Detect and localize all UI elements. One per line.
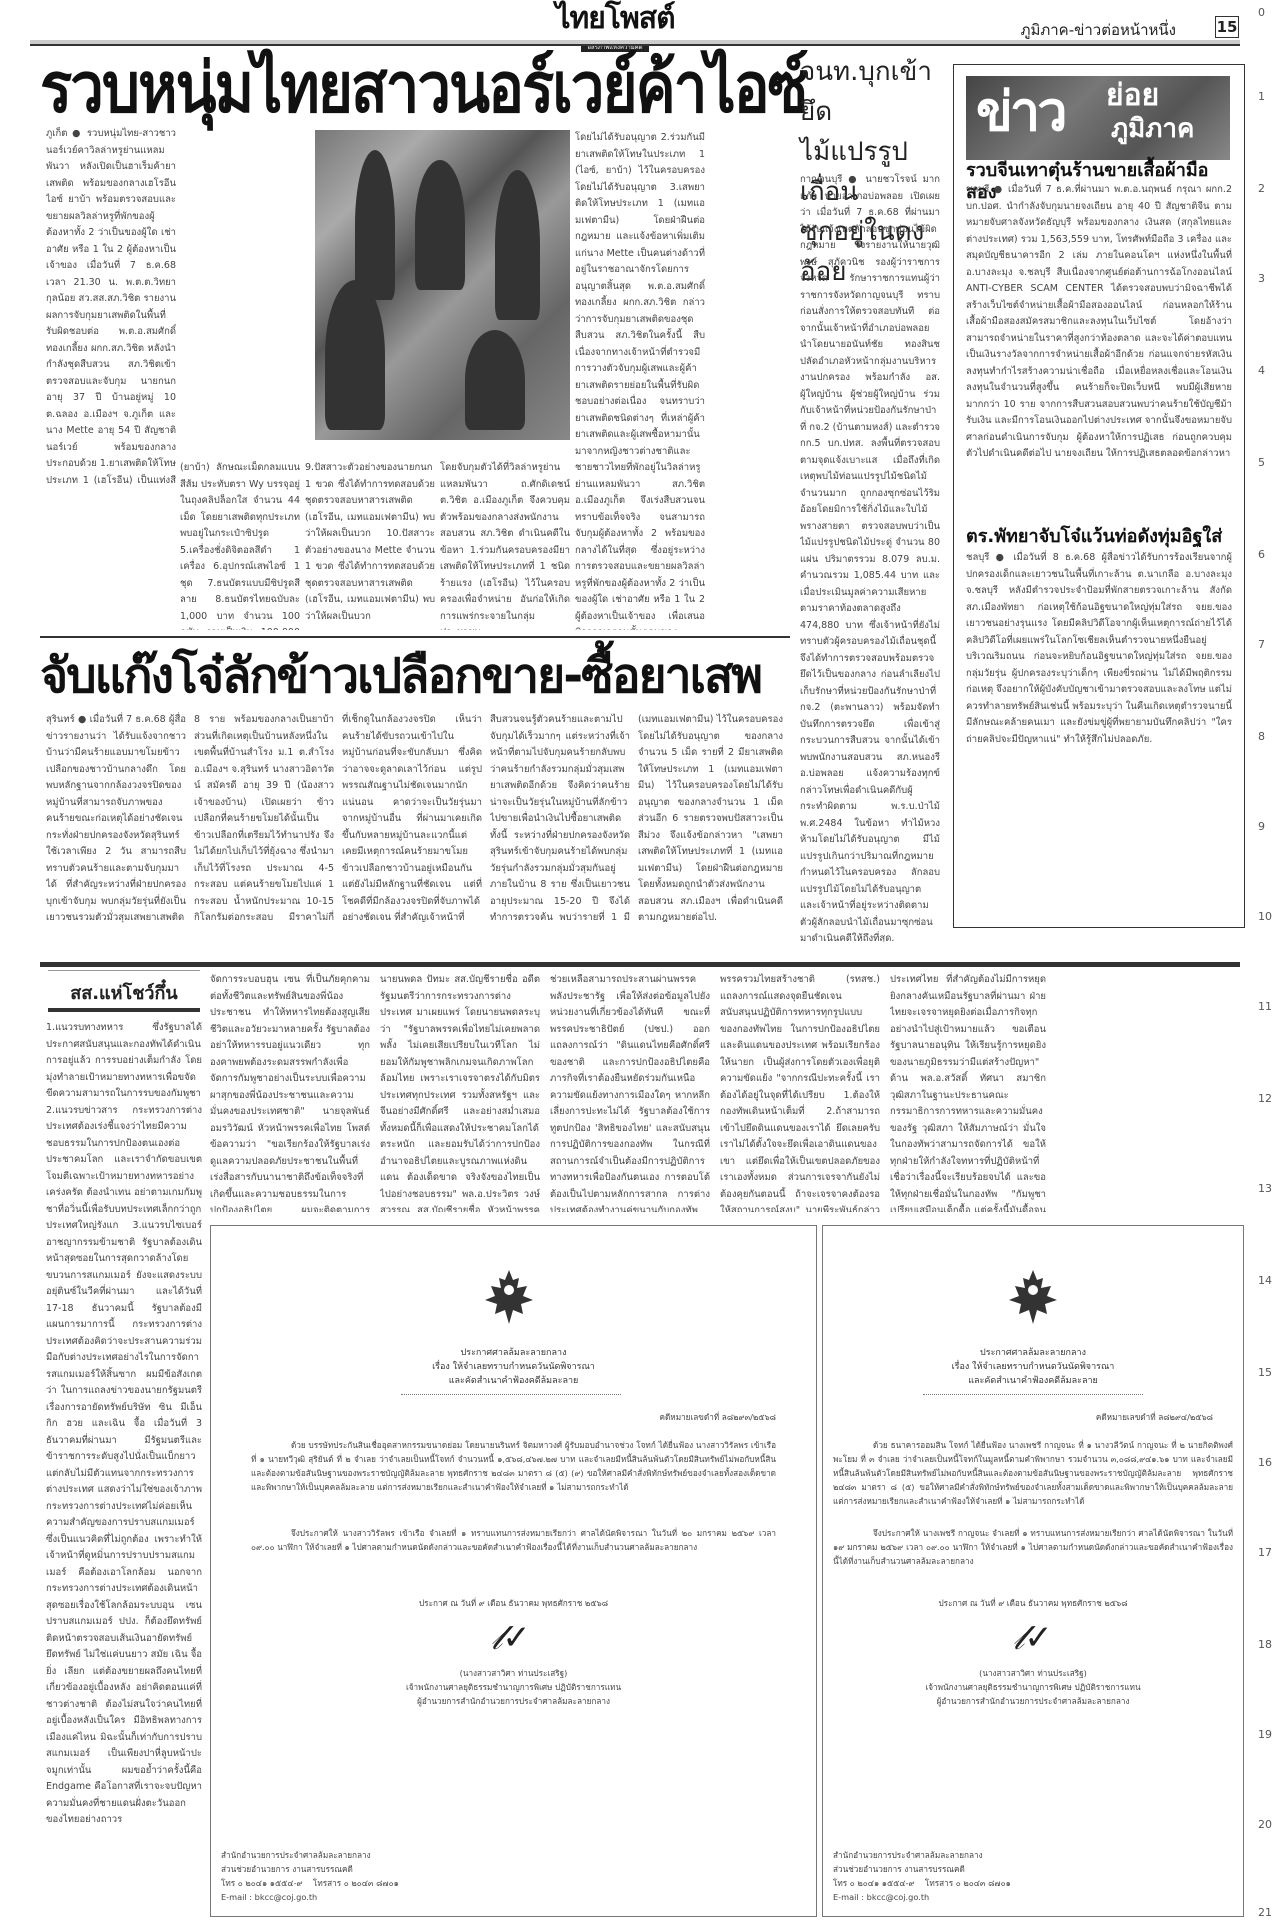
signature: 𝓁✓: [491, 1618, 531, 1658]
margin-number: 15: [1258, 1366, 1272, 1379]
story1-column-5: โดยไม่ได้รับอนุญาต 2.ร่วมกันมียาเสพติดให…: [575, 130, 705, 630]
story1-column-4: โดยจับกุมตัวได้ที่วิลล่าหรูย่านแหลมพันวา…: [440, 460, 570, 630]
court-notice-1: ประกาศศาลล้มละลายกลาง เรื่อง ให้จำเลยทรา…: [210, 1225, 817, 1917]
page-divider-heavy: [40, 962, 1240, 967]
margin-number: 13: [1258, 1182, 1272, 1195]
margin-number: 4: [1258, 364, 1265, 377]
notice-header-line: ประกาศศาลล้มละลายกลาง: [211, 1346, 816, 1360]
notice-body-2: จึงประกาศให้ นางสาววิรัลพร เข้าเรือ จำเล…: [251, 1526, 776, 1554]
margin-number: 5: [1258, 456, 1265, 469]
notice-header: ประกาศศาลล้มละลายกลาง เรื่อง ให้จำเลยทรา…: [211, 1346, 816, 1388]
margin-number: 1: [1258, 90, 1265, 103]
margin-number: 9: [1258, 820, 1265, 833]
margin-number: 20: [1258, 1818, 1272, 1831]
margin-number: 21: [1258, 1906, 1272, 1919]
margin-number: 19: [1258, 1728, 1272, 1741]
story2-headline: จับแก๊งโจ๋ลักข้าวเปลือกขาย-ซื้อยาเสพ: [40, 646, 761, 706]
notice-header-line: และคัดสำเนาคำฟ้องคดีล้มละลาย: [211, 1374, 816, 1388]
margin-number: 7: [1258, 638, 1265, 651]
section-divider: [40, 636, 790, 638]
section-label: ภูมิภาค-ข่าวต่อหน้าหนึ่ง: [1021, 18, 1176, 42]
page-number: 15: [1215, 16, 1239, 38]
office-division: ส่วนช่วยอำนวยการ งานสารบรรณคดี: [221, 1862, 353, 1876]
margin-number: 8: [1258, 730, 1265, 743]
column-text-4: ช่วยเหลือสามารถประสานผ่านพรรคพลังประชารั…: [550, 972, 710, 1212]
margin-number: 17: [1258, 1546, 1272, 1559]
story2-column-4: สืบสวนจนรู้ตัวคนร้ายและตามไปจับกุมได้เร็…: [490, 712, 630, 927]
notice-date: ประกาศ ณ วันที่ ๙ เดือน ธันวาคม พุทธศักร…: [211, 1596, 816, 1610]
margin-number: 2: [1258, 182, 1265, 195]
side-story-text: กาญจนบุรี ● นายชวโรจน์ มากแก้ว นายอำเภอบ…: [800, 172, 940, 942]
news-item-2-title: ตร.พัทยาจับโจ๋แว้นท่อดังทุ่มอิฐใส่: [966, 526, 1236, 548]
margin-number: 6: [1258, 548, 1265, 561]
margin-number: 11: [1258, 1000, 1272, 1013]
margin-number: 0: [1258, 6, 1265, 19]
story2-column-2: 8 ราย พร้อมของกลางเป็นยาบ้า ส่วนที่เกิดเ…: [194, 712, 334, 927]
margin-number: 10: [1258, 910, 1272, 923]
notice-header-line: ประกาศศาลล้มละลายกลาง: [823, 1346, 1243, 1360]
office-email[interactable]: E-mail : bkcc@coj.go.th: [221, 1890, 317, 1904]
office-name: สำนักอำนวยการประจำศาลล้มละลายกลาง: [221, 1848, 371, 1862]
column-text-3: นายนพดล ปัทมะ สส.บัญชีรายชื่อ อดีตรัฐมนต…: [380, 972, 540, 1212]
news-item-1-text: ชลบุรี ● เมื่อวันที่ 7 ธ.ค.ที่ผ่านมา พ.ต…: [966, 182, 1232, 522]
signer-name: (นางสาวสาวิศา ท่านประเสริฐ): [823, 1666, 1243, 1680]
photo-figure: [465, 330, 525, 430]
notice-body: ด้วย บรรษัทประกันสินเชื่ออุตสาหกรรมขนาดย…: [251, 1438, 776, 1494]
notice-body: ด้วย ธนาคารออมสิน โจทก์ ได้ยื่นฟ้อง นางเ…: [833, 1438, 1233, 1508]
photo-figure: [325, 280, 385, 430]
signer-title: ผู้อำนวยการสำนักอำนวยการประจำศาลล้มละลาย…: [211, 1694, 816, 1708]
news-item-2-text: ชลบุรี ● เมื่อวันที่ 8 ธ.ค.68 ผู้สื่อข่า…: [966, 550, 1232, 920]
banner-text-sub1: ย่อย: [1106, 80, 1159, 112]
story1-column-1: ภูเก็ต ● รวบหนุ่มไทย-สาวชาวนอร์เวย์คาวิล…: [46, 126, 176, 488]
story1-column-3: 9.ปัสสาวะตัวอย่างของนายกนก 1 ขวด ซึ่งได้…: [305, 460, 435, 630]
margin-number: 18: [1258, 1638, 1272, 1651]
signer-title: เจ้าพนักงานศาลยุติธรรมชำนาญการพิเศษ ปฏิบ…: [211, 1680, 816, 1694]
court-notice-2: ประกาศศาลล้มละลายกลาง เรื่อง ให้จำเลยทรา…: [822, 1225, 1244, 1917]
office-phone: โทร ๐ ๒๐๔๑ ๑๕๕๔-๙ โทรสาร ๐ ๒๐๔๓ ๘๗๐๑: [221, 1876, 399, 1890]
office-division: ส่วนช่วยอำนวยการ งานสารบรรณคดี: [833, 1862, 965, 1876]
photo-figure: [415, 160, 465, 290]
margin-number: 3: [1258, 272, 1265, 285]
notice-header-line: และคัดสำเนาคำฟ้องคดีล้มละลาย: [823, 1374, 1243, 1388]
photo-figure: [495, 170, 540, 320]
column-title-rule: [48, 970, 200, 971]
office-email[interactable]: E-mail : bkcc@coj.go.th: [833, 1890, 929, 1904]
signer-name: (นางสาวสาวิศา ท่านประเสริฐ): [211, 1666, 816, 1680]
case-number: คดีหมายเลขดำที่ ล๘๒๙๓/๒๕๖๘: [660, 1410, 777, 1424]
notice-header-line: เรื่อง ให้จำเลยทราบกำหนดวันนัดพิจารณา: [823, 1360, 1243, 1374]
office-name: สำนักอำนวยการประจำศาลล้มละลายกลาง: [833, 1848, 983, 1862]
story1-photo: [315, 130, 570, 440]
office-phone: โทร ๐ ๒๐๔๑ ๑๕๕๔-๙ โทรสาร ๐ ๒๐๔๓ ๘๗๐๑: [833, 1876, 1011, 1890]
garuda-emblem-icon: [483, 1266, 535, 1330]
margin-number: 16: [1258, 1456, 1272, 1469]
column-text-2: จัดการระบอบฮุน เซน ที่เป็นภัยคุกคามต่อทั…: [210, 972, 370, 1212]
dotted-divider: [401, 1394, 621, 1395]
story1-column-2: (ยาบ้า) ลักษณะเม็ดกลมแบน สีส้ม ประทับตรา…: [180, 460, 300, 630]
photo-figure: [355, 150, 395, 300]
margin-number: 14: [1258, 1274, 1272, 1287]
regional-news-banner: ข่าว ย่อย ภูมิภาค: [966, 76, 1230, 160]
story2-column-1: สุรินทร์ ● เมื่อวันที่ 7 ธ.ค.68 ผู้สื่อข…: [46, 712, 186, 927]
notice-header-line: เรื่อง ให้จำเลยทราบกำหนดวันนัดพิจารณา: [211, 1360, 816, 1374]
column-text-1: 1.แนวรบทางทหาร ซึ่งรัฐบาลได้ประกาศสนับสน…: [46, 1020, 202, 1920]
story1-headline: รวบหนุ่มไทยสาวนอร์เวย์ค้าไอซ์: [40, 48, 806, 129]
signer-title: เจ้าพนักงานศาลยุติธรรมชำนาญการพิเศษ ปฏิบ…: [823, 1680, 1243, 1694]
signature: 𝓁✓: [1013, 1618, 1053, 1658]
column-title-rule-heavy: [48, 1008, 200, 1012]
case-number: คดีหมายเลขดำที่ ล๘๒๙๔/๒๕๖๘: [1096, 1410, 1213, 1424]
margin-line-numbers: 0 1 2 3 4 5 6 7 8 9 10 11 12 13 14 15 16…: [1258, 0, 1286, 1920]
margin-number: 12: [1258, 1092, 1272, 1105]
notice-date: ประกาศ ณ วันที่ ๙ เดือน ธันวาคม พุทธศักร…: [823, 1596, 1243, 1610]
signer-title: ผู้อำนวยการสำนักอำนวยการประจำศาลล้มละลาย…: [823, 1694, 1243, 1708]
column-text-6: ประเทศไทย ที่สำคัญต้องไม่มีการหยุดยิงกลา…: [890, 972, 1046, 1212]
logo-text: ไทยโพสต์: [540, 4, 690, 34]
header-rule-dark: [30, 44, 1240, 46]
story2-column-5: (เมทแอมเฟตามีน) ไว้ในครอบครองโดยไม่ได้รั…: [638, 712, 783, 927]
column-title: สส.แห่โชว์กึ๋น: [48, 978, 200, 1007]
story2-column-3: ที่เช็กดูในกล้องวงจรปิด เห็นว่าคนร้ายได้…: [342, 712, 482, 927]
side-headline-line: จนท.บุกเข้ายึด: [800, 52, 960, 132]
notice-body-2: จึงประกาศให้ นางเพชรี กาญจนะ จำเลยที่ ๑ …: [833, 1526, 1233, 1568]
banner-text-main: ข่าว: [976, 82, 1065, 142]
notice-header: ประกาศศาลล้มละลายกลาง เรื่อง ให้จำเลยทรา…: [823, 1346, 1243, 1388]
dotted-divider: [923, 1394, 1143, 1395]
column-text-5: พรรครวมไทยสร้างชาติ (รทสช.) แถลงการณ์แสด…: [720, 972, 880, 1212]
garuda-emblem-icon: [1007, 1266, 1059, 1330]
banner-text-sub2: ภูมิภาค: [1111, 114, 1194, 144]
newspaper-logo: ไทยโพสต์ อิสรภาพแห่งความคิด: [540, 4, 690, 44]
